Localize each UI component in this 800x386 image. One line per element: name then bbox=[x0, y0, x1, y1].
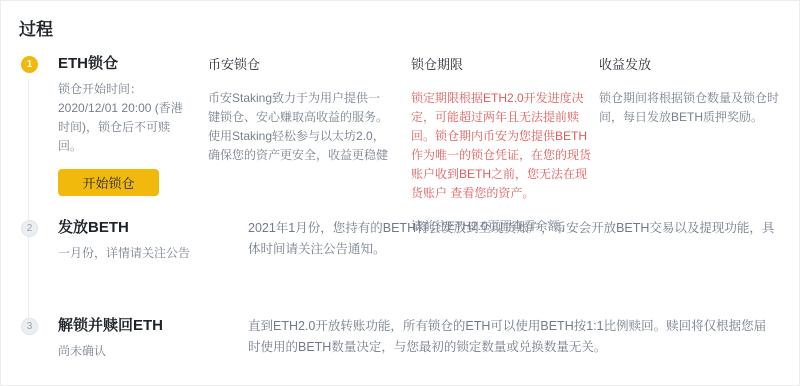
step-2-description: 2021年1月份，您持有的BETH将会发放到至现货账户，币安会开放BETH交易以… bbox=[248, 218, 776, 260]
column-binance-staking: 币安锁仓 币安Staking致力于为用户提供一键锁仓、安心赚取高收益的服务。使用… bbox=[208, 54, 392, 165]
step-2-title: 发放BETH bbox=[58, 216, 233, 237]
timeline-connector bbox=[28, 79, 29, 327]
step-3-subtitle: 尚未确认 bbox=[58, 342, 233, 361]
process-section: 过程 1 ETH锁仓 锁仓开始时间：2020/12/01 20:00 (香港时间… bbox=[0, 0, 800, 386]
step-2-info: 发放BETH 一月份，详情请关注公告 bbox=[58, 216, 233, 263]
column-rewards-body: 锁仓期间将根据锁仓数量及锁仓时间，每日发放BETH质押奖励。 bbox=[599, 89, 785, 127]
step-1-subtitle: 锁仓开始时间：2020/12/01 20:00 (香港时间)，锁仓后不可赎回。 bbox=[58, 80, 190, 156]
lock-period-warning: 锁定期限根据ETH2.0开发进度决定，可能超过两年且无法提前赎回。锁仓期内币安为… bbox=[411, 89, 593, 203]
column-rewards-heading: 收益发放 bbox=[599, 54, 785, 73]
step-3-description: 直到ETH2.0开放转账功能，所有锁仓的ETH可以使用BETH按1:1比例赎回。… bbox=[248, 316, 776, 358]
step-1-badge: 1 bbox=[21, 56, 38, 73]
page-title: 过程 bbox=[19, 15, 53, 40]
step-3-badge: 3 bbox=[21, 318, 38, 335]
step-2-subtitle: 一月份，详情请关注公告 bbox=[58, 244, 233, 263]
step-2-description-block: 2021年1月份，您持有的BETH将会发放到至现货账户，币安会开放BETH交易以… bbox=[248, 218, 776, 260]
column-binance-heading: 币安锁仓 bbox=[208, 54, 392, 73]
step-3-title: 解锁并赎回ETH bbox=[58, 314, 233, 335]
step-1-info: ETH锁仓 锁仓开始时间：2020/12/01 20:00 (香港时间)，锁仓后… bbox=[58, 52, 190, 196]
column-binance-body: 币安Staking致力于为用户提供一键锁仓、安心赚取高收益的服务。使用Staki… bbox=[208, 89, 392, 165]
step-2-badge: 2 bbox=[21, 220, 38, 237]
step-1-title: ETH锁仓 bbox=[58, 52, 190, 73]
start-staking-button[interactable]: 开始锁仓 bbox=[58, 169, 159, 196]
column-rewards: 收益发放 锁仓期间将根据锁仓数量及锁仓时间，每日发放BETH质押奖励。 bbox=[599, 54, 785, 127]
column-lock-period: 锁仓期限 锁定期限根据ETH2.0开发进度决定，可能超过两年且无法提前赎回。锁仓… bbox=[411, 54, 593, 236]
column-period-heading: 锁仓期限 bbox=[411, 54, 593, 73]
step-3-description-block: 直到ETH2.0开放转账功能，所有锁仓的ETH可以使用BETH按1:1比例赎回。… bbox=[248, 316, 776, 358]
step-3-info: 解锁并赎回ETH 尚未确认 bbox=[58, 314, 233, 361]
